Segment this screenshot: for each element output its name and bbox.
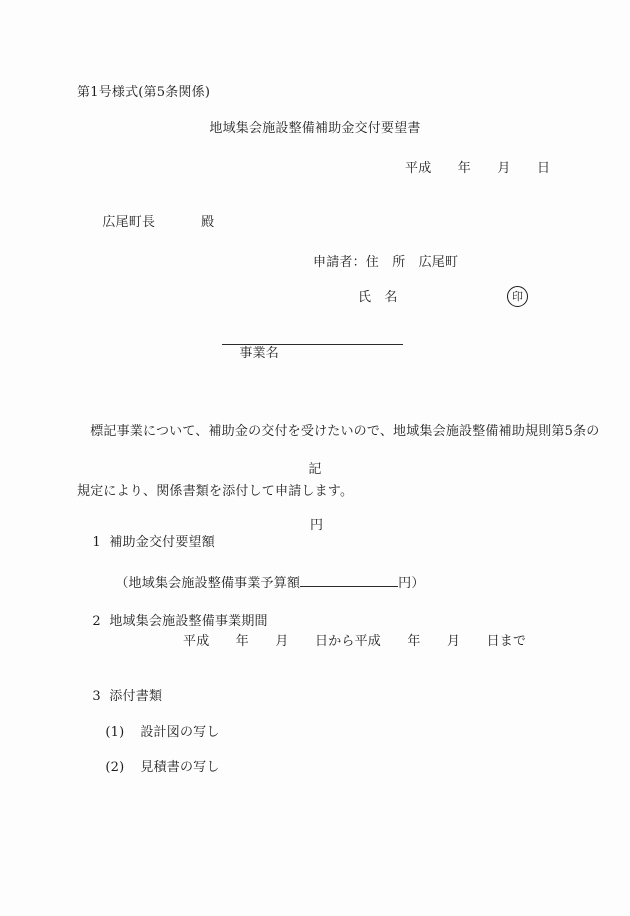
attachment-row: (2)見積書の写し [88,742,220,793]
section-marker: 記 [0,461,630,478]
attachment-1-label: 設計図の写し [140,725,219,740]
item-1-number: 1 [92,534,109,551]
applicant-name-label: 氏 名 [358,289,398,306]
date-line: 平成 年 月 日 [405,160,550,177]
body-line-1: 標記事業について、補助金の交付を受けたいので、地域集会施設整備補助規則第5条の [77,419,600,445]
attachment-1-marker: (1) [105,724,140,741]
attachment-2-label: 見積書の写し [140,760,219,775]
attachment-2-marker: (2) [105,759,140,776]
project-period-line: 平成 年 月 日から平成 年 月 日まで [183,633,526,650]
body-line-2: 規定により、関係書類を添付して申請します。 [77,479,600,505]
applicant-address-line: 申請者：住 所 広尾町 [313,254,458,271]
form-number: 第1号様式(第5条関係) [77,84,210,101]
project-name-label: 事業名 [239,346,279,361]
budget-note-suffix: 円） [398,576,424,591]
budget-amount-blank [300,573,398,587]
budget-note-prefix: （地域集会施設整備事業予算額 [115,576,300,591]
item-3-label: 添付書類 [109,689,162,704]
item-1-label: 補助金交付要望額 [109,535,215,550]
document-page: 第1号様式(第5条関係) 地域集会施設整備補助金交付要望書 平成 年 月 日 広… [0,0,630,916]
project-name-field: 事業名 [222,328,403,345]
addressee-honorific: 殿 [201,215,214,230]
item-1-unit: 円 [310,517,323,534]
seal-mark: 印 [507,286,528,307]
addressee-line: 広尾町長殿 [85,197,214,248]
addressee-name: 広尾町長 [102,215,155,230]
document-title: 地域集会施設整備補助金交付要望書 [0,120,630,137]
item-3-number: 3 [92,688,109,705]
seal-character: 印 [512,291,523,302]
item-2-label: 地域集会施設整備事業期間 [109,614,267,629]
item-2-number: 2 [92,613,109,630]
